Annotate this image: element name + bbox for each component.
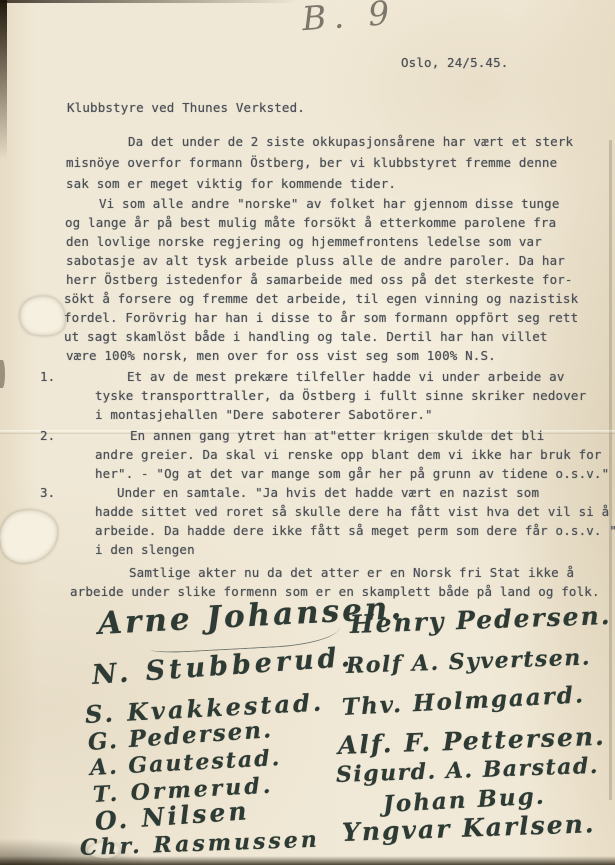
list-number: 3.: [40, 485, 55, 500]
typed-line: arbeide. Da hadde dere ikke fått så mege…: [95, 523, 615, 538]
typed-line: tyske transporttraller, da Östberg i ful…: [95, 388, 586, 403]
typed-line: i den slengen: [95, 542, 195, 557]
typed-line: Under en samtale. "Ja hvis det hadde vær…: [117, 485, 539, 500]
typed-line: hadde sittet ved roret så skulle dere ha…: [95, 504, 609, 519]
typed-line: her". - "Og at det var mange som går her…: [95, 466, 609, 481]
typed-line: andre greier. Da skal vi renske opp blan…: [95, 447, 602, 462]
typed-line: i montasjehallen "Dere saboterer Sabotör…: [95, 407, 433, 422]
typed-line: være 100% norsk, men over for oss vist s…: [66, 348, 496, 363]
typed-line: Vi som alle andre "norske" av folket har…: [99, 196, 560, 211]
list-number: 1.: [40, 369, 55, 384]
typed-line: herr Östberg istedenfor å samarbeide med…: [66, 272, 573, 287]
document-page: B. 9 Oslo, 24/5.45. Klubbstyre ved Thune…: [0, 0, 615, 865]
signature: Rolf A. Syvertsen.: [346, 644, 592, 679]
dateline: Oslo, 24/5.45.: [401, 55, 508, 70]
typed-line: den lovlige norske regjering og hjemmefr…: [66, 234, 542, 249]
signature: Thv. Holmgaard.: [341, 681, 585, 721]
typed-line: og lange år på best mulig måte forsökt å…: [65, 215, 556, 230]
typed-line: fordel. Forövrig har han i disse to år s…: [64, 310, 578, 325]
typed-line: sabotasje av alt tysk arbeide pluss alle…: [66, 253, 565, 268]
typed-line: Et av de mest prekære tilfeller hadde vi…: [127, 369, 565, 384]
signature: Yngvar Karlsen.: [341, 809, 595, 847]
typed-line: sökt å forsere og fremme det arbeide, ti…: [64, 291, 578, 306]
archive-mark: B. 9: [301, 0, 398, 38]
scan-edge-left: [0, 0, 7, 160]
typed-line: ut sagt skamlöst både i handling og tale…: [64, 329, 548, 344]
typed-line: sak som er meget viktig for kommende tid…: [66, 176, 396, 191]
list-number: 2.: [40, 428, 55, 443]
scan-edge-nick: [0, 360, 5, 388]
paper-damage-patch: [16, 292, 69, 341]
salutation: Klubbstyre ved Thunes Verksted.: [67, 100, 305, 115]
scan-edge-right: [609, 140, 612, 800]
paper-damage-patch: [0, 506, 62, 566]
typed-line: Da det under de 2 siste okkupasjonsårene…: [128, 134, 573, 149]
closing-line: Samtlige akter nu da det atter er en Nor…: [129, 565, 574, 580]
typed-line: En annen gang ytret han at"etter krigen …: [130, 428, 544, 443]
scan-edge-top: [0, 0, 300, 3]
typed-line: misnöye overfor formann Östberg, ber vi …: [66, 155, 557, 170]
